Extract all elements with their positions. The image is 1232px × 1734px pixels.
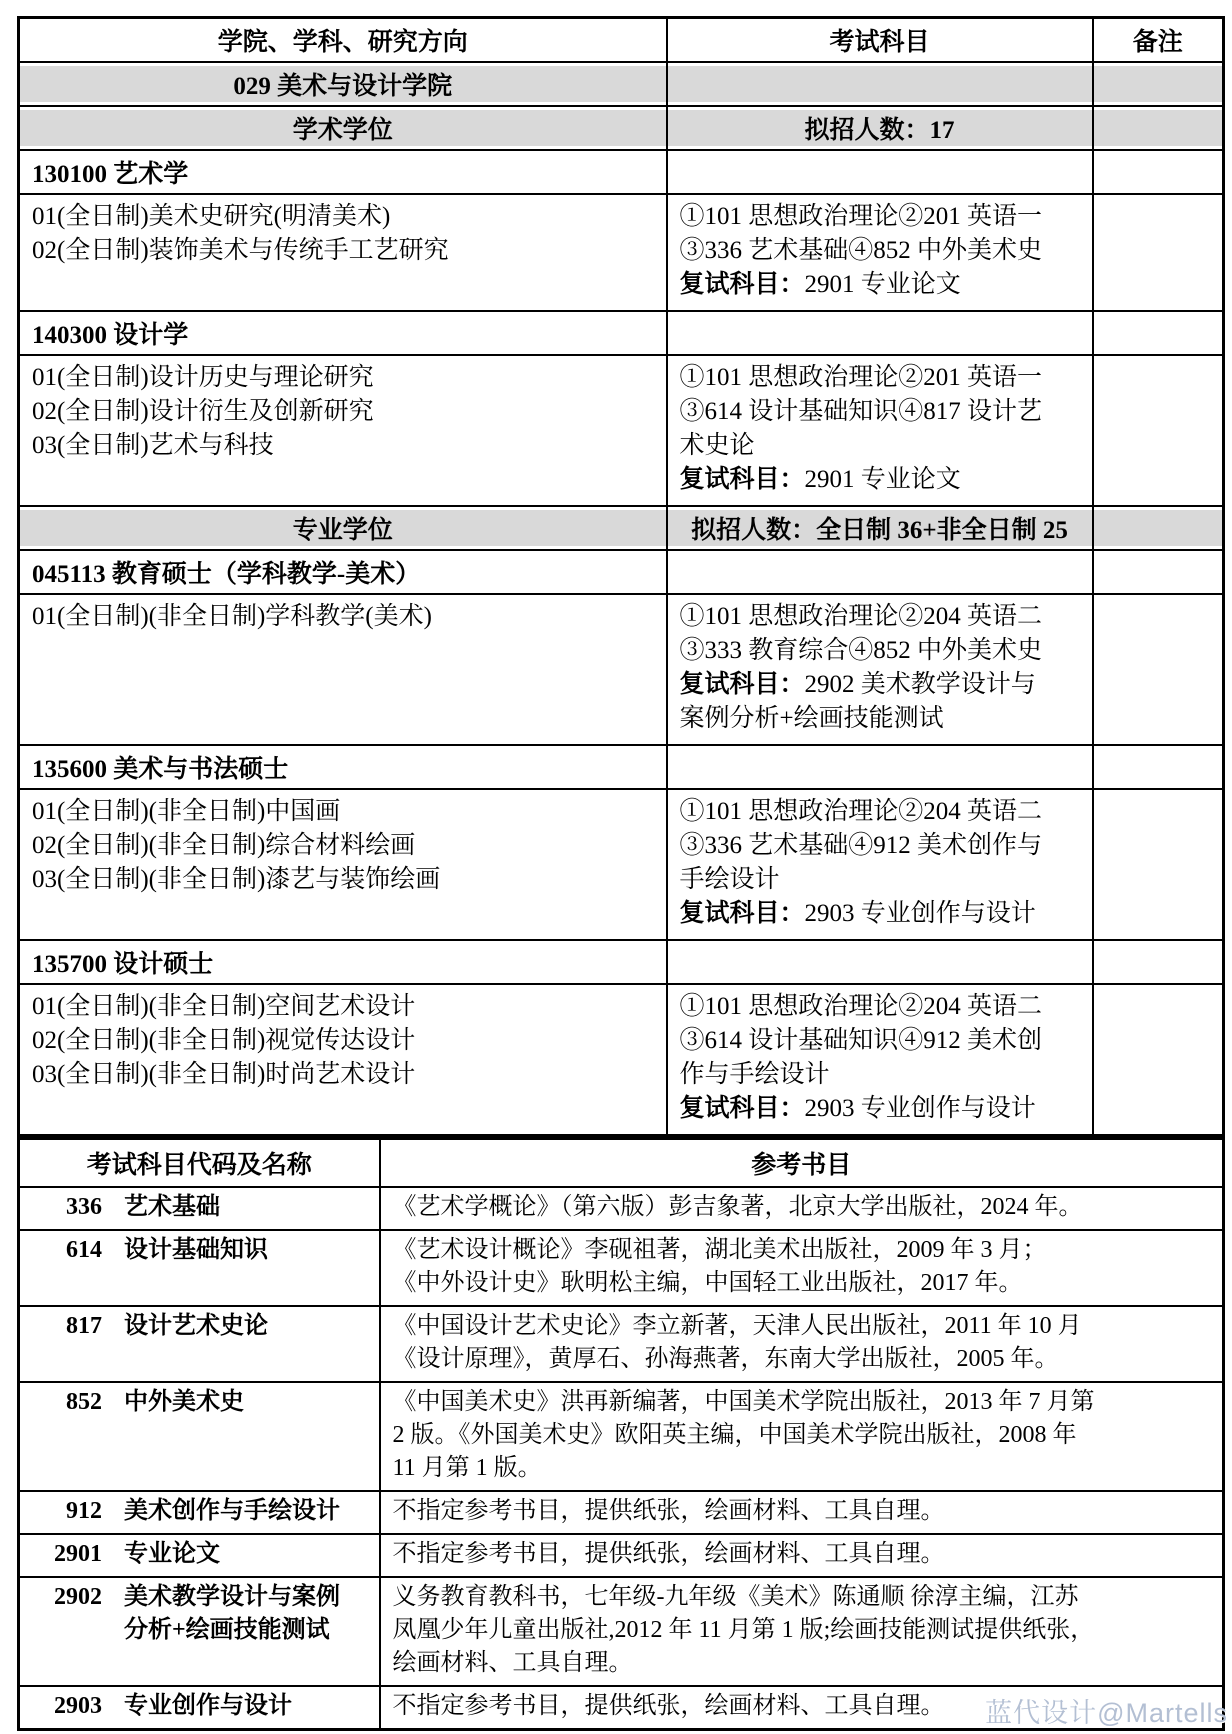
table2-row: 2902美术教学设计与案例 分析+绘画技能测试义务教育教科书，七年级-九年级《美… xyxy=(19,1577,1224,1686)
admissions-table: 学院、学科、研究方向 考试科目 备注 029 美术与设计学院学术学位拟招人数：1… xyxy=(17,16,1225,1137)
initial-exam-subjects: ①101 思想政治理论②201 英语一 ③336 艺术基础④852 中外美术史 xyxy=(680,200,1080,268)
header-remarks: 备注 xyxy=(1093,18,1224,63)
subject-code: 912 xyxy=(30,1495,102,1528)
exam-subjects-cell xyxy=(667,940,1093,984)
reference-books-cell: 《中国美术史》洪再新编著，中国美术学院出版社，2013 年 7 月第 2 版。《… xyxy=(380,1382,1224,1491)
remarks-cell xyxy=(1093,594,1224,745)
initial-exam-subjects: ①101 思想政治理论②204 英语二 ③333 教育综合④852 中外美术史 xyxy=(680,600,1080,668)
table1-row-detail: 01(全日制)设计历史与理论研究 02(全日制)设计衍生及创新研究 03(全日制… xyxy=(19,355,1224,506)
program-code-cell: 135600 美术与书法硕士 xyxy=(19,745,667,789)
initial-exam-subjects: ①101 思想政治理论②204 英语二 ③614 设计基础知识④912 美术创 … xyxy=(680,990,1080,1092)
table2-row: 852中外美术史《中国美术史》洪再新编著，中国美术学院出版社，2013 年 7 … xyxy=(19,1382,1224,1491)
retest-label: 复试科目： xyxy=(680,900,805,927)
table2-row: 614设计基础知识《艺术设计概论》李砚祖著，湖北美术出版社，2009 年 3 月… xyxy=(19,1230,1224,1306)
subject-code-name-cell: 336艺术基础 xyxy=(19,1187,380,1230)
remarks-cell xyxy=(1093,355,1224,506)
subject-code: 817 xyxy=(30,1310,102,1343)
program-code-cell: 130100 艺术学 xyxy=(19,150,667,194)
remarks-cell xyxy=(1093,62,1224,106)
subject-name: 专业创作与设计 xyxy=(124,1690,292,1723)
initial-exam-subjects: ①101 思想政治理论②204 英语二 ③336 艺术基础④912 美术创作与 … xyxy=(680,795,1080,897)
subject-code: 2903 xyxy=(30,1690,102,1723)
reference-books-cell: 不指定参考书目，提供纸张，绘画材料、工具自理。 xyxy=(380,1534,1224,1577)
reference-books-table: 考试科目代码及名称 参考书目 336艺术基础《艺术学概论》（第六版）彭吉象著，北… xyxy=(17,1137,1225,1731)
research-directions-cell: 01(全日制)(非全日制)空间艺术设计 02(全日制)(非全日制)视觉传达设计 … xyxy=(19,984,667,1136)
retest-label: 复试科目： xyxy=(680,271,805,298)
exam-subjects-cell xyxy=(667,745,1093,789)
reference-books-cell: 《艺术设计概论》李砚祖著，湖北美术出版社，2009 年 3 月； 《中外设计史》… xyxy=(380,1230,1224,1306)
retest-label: 复试科目： xyxy=(680,1095,805,1122)
research-directions-cell: 01(全日制)设计历史与理论研究 02(全日制)设计衍生及创新研究 03(全日制… xyxy=(19,355,667,506)
table1-row-detail: 01(全日制)(非全日制)空间艺术设计 02(全日制)(非全日制)视觉传达设计 … xyxy=(19,984,1224,1136)
header-subject-code-name: 考试科目代码及名称 xyxy=(19,1139,380,1188)
subject-code-name-cell: 817设计艺术史论 xyxy=(19,1306,380,1382)
subject-code: 2902 xyxy=(30,1581,102,1614)
retest-subjects: 2901 专业论文 xyxy=(805,466,961,493)
program-code-cell: 045113 教育硕士（学科教学-美术） xyxy=(19,550,667,594)
reference-books-cell: 义务教育教科书，七年级-九年级《美术》陈通顺 徐淳主编，江苏 凤凰少年儿童出版社… xyxy=(380,1577,1224,1686)
subject-code-name-cell: 852中外美术史 xyxy=(19,1382,380,1491)
subject-name: 美术创作与手绘设计 xyxy=(124,1495,340,1528)
table2-row: 912美术创作与手绘设计不指定参考书目，提供纸张，绘画材料、工具自理。 xyxy=(19,1491,1224,1534)
reference-books-cell: 不指定参考书目，提供纸张，绘画材料、工具自理。 xyxy=(380,1491,1224,1534)
retest-subjects: 2903 专业创作与设计 xyxy=(805,900,1036,927)
subject-code-name-cell: 2903专业创作与设计 xyxy=(19,1686,380,1730)
reference-books-cell: 《中国设计艺术史论》李立新著，天津人民出版社，2011 年 10 月 《设计原理… xyxy=(380,1306,1224,1382)
document-page: 学院、学科、研究方向 考试科目 备注 029 美术与设计学院学术学位拟招人数：1… xyxy=(0,0,1232,1734)
initial-exam-subjects: ①101 思想政治理论②201 英语一 ③614 设计基础知识④817 设计艺 … xyxy=(680,361,1080,463)
subject-code-name-cell: 912美术创作与手绘设计 xyxy=(19,1491,380,1534)
admissions-table-header-row: 学院、学科、研究方向 考试科目 备注 xyxy=(19,18,1224,63)
remarks-cell xyxy=(1093,745,1224,789)
table1-row-code: 130100 艺术学 xyxy=(19,150,1224,194)
subject-code: 614 xyxy=(30,1234,102,1267)
remarks-cell xyxy=(1093,789,1224,940)
reference-table-header-row: 考试科目代码及名称 参考书目 xyxy=(19,1139,1224,1188)
subject-code: 336 xyxy=(30,1191,102,1224)
retest-label: 复试科目： xyxy=(680,466,805,493)
remarks-cell xyxy=(1093,106,1224,150)
table1-row-code: 135700 设计硕士 xyxy=(19,940,1224,984)
remarks-cell xyxy=(1093,984,1224,1136)
subject-name: 美术教学设计与案例 分析+绘画技能测试 xyxy=(124,1581,340,1647)
table1-row-section: 029 美术与设计学院 xyxy=(19,62,1224,106)
section-label-cell: 029 美术与设计学院 xyxy=(19,62,667,106)
retest-line: 复试科目：2903 专业创作与设计 xyxy=(680,1092,1080,1126)
table2-row: 817设计艺术史论《中国设计艺术史论》李立新著，天津人民出版社，2011 年 1… xyxy=(19,1306,1224,1382)
subject-code: 852 xyxy=(30,1386,102,1419)
remarks-cell xyxy=(1093,506,1224,550)
subject-code-name-cell: 614设计基础知识 xyxy=(19,1230,380,1306)
header-reference-books: 参考书目 xyxy=(380,1139,1224,1188)
header-exam-subjects: 考试科目 xyxy=(667,18,1093,63)
table1-row-code: 140300 设计学 xyxy=(19,311,1224,355)
research-directions-cell: 01(全日制)(非全日制)学科教学(美术) xyxy=(19,594,667,745)
section-label-cell: 专业学位 xyxy=(19,506,667,550)
table2-row: 336艺术基础《艺术学概论》（第六版）彭吉象著，北京大学出版社，2024 年。 xyxy=(19,1187,1224,1230)
table1-row-code: 045113 教育硕士（学科教学-美术） xyxy=(19,550,1224,594)
subject-name: 设计艺术史论 xyxy=(124,1310,268,1343)
planned-enrollment-cell: 拟招人数：全日制 36+非全日制 25 xyxy=(667,506,1093,550)
program-code-cell: 135700 设计硕士 xyxy=(19,940,667,984)
subject-code-name-cell: 2902美术教学设计与案例 分析+绘画技能测试 xyxy=(19,1577,380,1686)
subject-code: 2901 xyxy=(30,1538,102,1571)
table1-row-section: 学术学位拟招人数：17 xyxy=(19,106,1224,150)
retest-line: 复试科目：2901 专业论文 xyxy=(680,268,1080,302)
exam-subjects-cell: ①101 思想政治理论②201 英语一 ③336 艺术基础④852 中外美术史复… xyxy=(667,194,1093,311)
header-college-discipline-direction: 学院、学科、研究方向 xyxy=(19,18,667,63)
exam-subjects-cell xyxy=(667,150,1093,194)
section-label-cell: 学术学位 xyxy=(19,106,667,150)
exam-subjects-cell: ①101 思想政治理论②204 英语二 ③333 教育综合④852 中外美术史复… xyxy=(667,594,1093,745)
subject-name: 中外美术史 xyxy=(124,1386,244,1419)
remarks-cell xyxy=(1093,940,1224,984)
remarks-cell xyxy=(1093,311,1224,355)
reference-books-cell: 《艺术学概论》（第六版）彭吉象著，北京大学出版社，2024 年。 xyxy=(380,1187,1224,1230)
exam-subjects-cell xyxy=(667,311,1093,355)
table1-row-detail: 01(全日制)(非全日制)中国画 02(全日制)(非全日制)综合材料绘画 03(… xyxy=(19,789,1224,940)
retest-line: 复试科目：2903 专业创作与设计 xyxy=(680,897,1080,931)
planned-enrollment-cell: 拟招人数：17 xyxy=(667,106,1093,150)
table1-row-section: 专业学位拟招人数：全日制 36+非全日制 25 xyxy=(19,506,1224,550)
table2-row: 2901专业论文不指定参考书目，提供纸张，绘画材料、工具自理。 xyxy=(19,1534,1224,1577)
retest-subjects: 2901 专业论文 xyxy=(805,271,961,298)
table1-row-code: 135600 美术与书法硕士 xyxy=(19,745,1224,789)
subject-name: 设计基础知识 xyxy=(124,1234,268,1267)
table1-row-detail: 01(全日制)(非全日制)学科教学(美术)①101 思想政治理论②204 英语二… xyxy=(19,594,1224,745)
remarks-cell xyxy=(1093,150,1224,194)
subject-name: 艺术基础 xyxy=(124,1191,220,1224)
retest-line: 复试科目：2902 美术教学设计与 案例分析+绘画技能测试 xyxy=(680,668,1080,736)
subject-name: 专业论文 xyxy=(124,1538,220,1571)
watermark: 蓝代设计@Martells xyxy=(985,1691,1228,1730)
exam-subjects-cell: ①101 思想政治理论②204 英语二 ③614 设计基础知识④912 美术创 … xyxy=(667,984,1093,1136)
exam-subjects-cell: ①101 思想政治理论②204 英语二 ③336 艺术基础④912 美术创作与 … xyxy=(667,789,1093,940)
research-directions-cell: 01(全日制)美术史研究(明清美术) 02(全日制)装饰美术与传统手工艺研究 xyxy=(19,194,667,311)
subject-code-name-cell: 2901专业论文 xyxy=(19,1534,380,1577)
retest-label: 复试科目： xyxy=(680,671,805,698)
exam-subjects-cell: ①101 思想政治理论②201 英语一 ③614 设计基础知识④817 设计艺 … xyxy=(667,355,1093,506)
table1-row-detail: 01(全日制)美术史研究(明清美术) 02(全日制)装饰美术与传统手工艺研究①1… xyxy=(19,194,1224,311)
program-code-cell: 140300 设计学 xyxy=(19,311,667,355)
planned-enrollment-cell xyxy=(667,62,1093,106)
research-directions-cell: 01(全日制)(非全日制)中国画 02(全日制)(非全日制)综合材料绘画 03(… xyxy=(19,789,667,940)
exam-subjects-cell xyxy=(667,550,1093,594)
retest-line: 复试科目：2901 专业论文 xyxy=(680,463,1080,497)
remarks-cell xyxy=(1093,550,1224,594)
retest-subjects: 2903 专业创作与设计 xyxy=(805,1095,1036,1122)
remarks-cell xyxy=(1093,194,1224,311)
